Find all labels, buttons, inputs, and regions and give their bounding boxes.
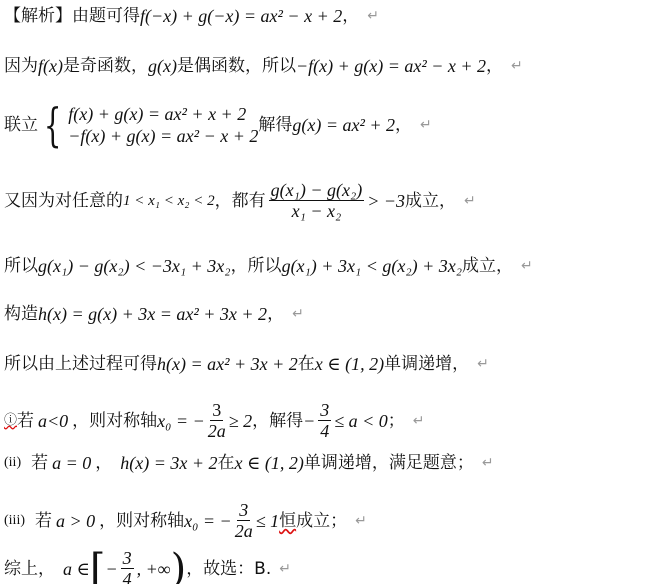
punctuation: ，: [486, 56, 503, 76]
solution-line-10: (iii) 若 a > 0 ，则对称轴 x₀ = − 3 2a ≤ 1 恒 成立…: [4, 500, 367, 541]
paragraph-mark-icon: ↵: [511, 56, 523, 76]
paragraph-mark-icon: ↵: [355, 511, 367, 531]
text: 构造: [4, 304, 38, 324]
inequality-rhs: ≤ 1: [256, 511, 279, 531]
numerator: 3: [210, 400, 223, 421]
text: 综上，: [4, 559, 55, 579]
text: 若: [35, 511, 52, 531]
text: 若: [17, 411, 34, 431]
text: 若: [31, 453, 48, 473]
equation: g(x) = ax² + 2: [292, 115, 395, 135]
numerator: 3: [237, 500, 250, 521]
interval: x ∈ (1, 2): [315, 354, 384, 374]
paragraph-mark-icon: ↵: [367, 6, 379, 26]
system-row-1: f(x) + g(x) = ax² + x + 2: [68, 103, 258, 125]
solution-line-2: 因为 f(x) 是奇函数， g(x) 是偶函数，所以 −f(x) + g(x) …: [4, 56, 523, 76]
paragraph-mark-icon: ↵: [477, 354, 489, 374]
equation: h(x) = 3x + 2: [120, 453, 217, 473]
paragraph-mark-icon: ↵: [521, 256, 533, 276]
condition: a = 0: [52, 453, 91, 473]
denominator: 2a: [235, 521, 253, 541]
text: 又因为对任意的: [4, 191, 123, 211]
equation: f(−x) + g(−x) = ax² − x + 2: [140, 6, 342, 26]
punctuation: ，: [267, 304, 284, 324]
text: 因为: [4, 56, 38, 76]
fraction: 3 4: [121, 548, 134, 584]
text: ，解得: [252, 411, 303, 431]
text: ，则对称轴: [72, 411, 157, 431]
paragraph-mark-icon: ↵: [420, 115, 432, 135]
axis-lhs: x₀ = −: [157, 411, 205, 431]
interval: x ∈ (1, 2): [235, 453, 304, 473]
inequality: g(x₁) + 3x₁ < g(x₂) + 3x₂: [282, 256, 462, 276]
equation: h(x) = ax² + 3x + 2: [157, 354, 298, 374]
punctuation: ，: [342, 6, 359, 26]
numerator: 3: [121, 548, 134, 569]
text: 单调递增，: [384, 354, 469, 374]
text: 成立；: [296, 511, 347, 531]
text: 解得: [258, 115, 292, 135]
solution-line-6: 构造 h(x) = g(x) + 3x = ax² + 3x + 2 ， ↵: [4, 304, 304, 324]
inequality-rhs: > −3: [367, 191, 405, 211]
punctuation: ，: [395, 115, 412, 135]
solution-line-3: 联立 { f(x) + g(x) = ax² + x + 2 −f(x) + g…: [4, 102, 432, 148]
paragraph-mark-icon: ↵: [413, 411, 425, 431]
inequality-rhs: ≤ a < 0: [334, 411, 388, 431]
numerator: g(x₁) − g(x₂): [269, 180, 365, 201]
math-expr: g(x): [148, 56, 177, 76]
left-brace-icon: {: [44, 102, 62, 148]
solution-line-4: 又因为对任意的 1 < x₁ < x₂ < 2 ，都有 g(x₁) − g(x₂…: [4, 180, 476, 221]
interval-upper: , +∞: [137, 559, 171, 579]
fraction: 3 2a: [208, 400, 226, 441]
case-marker-1: ⓘ: [4, 411, 17, 431]
paragraph-mark-icon: ↵: [292, 304, 304, 324]
text: ，所以: [231, 256, 282, 276]
solution-line-1: 【解析】由题可得 f(−x) + g(−x) = ax² − x + 2 ， ↵: [4, 6, 379, 26]
paragraph-mark-icon: ↵: [482, 453, 494, 473]
spellcheck-flagged-text: 恒: [279, 511, 296, 531]
text: ，都有: [215, 191, 266, 211]
text: 所以由上述过程可得: [4, 354, 157, 374]
system-row-2: −f(x) + g(x) = ax² − x + 2: [68, 125, 258, 147]
text: 在: [298, 354, 315, 374]
text: 成立，: [405, 191, 456, 211]
case-marker-2: (ii): [4, 453, 21, 473]
text: 所以: [4, 256, 38, 276]
condition: a > 0: [56, 511, 95, 531]
solution-line-11: 综上， a ∈ [ − 3 4 , +∞ ) ，故选：B. ↵: [4, 548, 291, 584]
text: 是奇函数，: [63, 56, 148, 76]
fraction: g(x₁) − g(x₂) x₁ − x₂: [269, 180, 365, 221]
case-marker-3: (iii): [4, 511, 25, 531]
inequality-rhs: ≥ 2: [229, 411, 252, 431]
minus-sign: −: [303, 411, 315, 431]
fraction: 3 4: [318, 400, 331, 441]
denominator: 4: [123, 569, 132, 584]
text: ，则对称轴: [99, 511, 184, 531]
math-expr: f(x): [38, 56, 63, 76]
text: 联立: [4, 115, 38, 135]
solution-line-5: 所以 g(x₁) − g(x₂) < −3x₁ + 3x₂ ，所以 g(x₁) …: [4, 256, 533, 276]
numerator: 3: [318, 400, 331, 421]
denominator: x₁ − x₂: [292, 201, 342, 221]
right-paren-icon: ): [171, 549, 187, 584]
analysis-heading: 【解析】由题可得: [4, 6, 140, 26]
equation: h(x) = g(x) + 3x = ax² + 3x + 2: [38, 304, 267, 324]
inequality: g(x₁) − g(x₂) < −3x₁ + 3x₂: [38, 256, 231, 276]
axis-lhs: x₀ = −: [184, 511, 232, 531]
punctuation: ，: [95, 453, 112, 473]
paragraph-mark-icon: ↵: [464, 191, 476, 211]
answer-text: ，故选：B.: [186, 559, 271, 579]
inequality: 1 < x₁ < x₂ < 2: [123, 191, 215, 211]
solution-line-7: 所以由上述过程可得 h(x) = ax² + 3x + 2 在 x ∈ (1, …: [4, 354, 489, 374]
minus-sign: −: [105, 559, 117, 579]
set-membership: a ∈: [63, 559, 90, 579]
fraction: 3 2a: [235, 500, 253, 541]
equation-system: { f(x) + g(x) = ax² + x + 2 −f(x) + g(x)…: [38, 102, 258, 148]
text: 单调递增，满足题意；: [304, 453, 474, 473]
punctuation: ；: [388, 411, 405, 431]
condition: a<0: [38, 411, 68, 431]
text: 成立，: [462, 256, 513, 276]
solution-line-9: (ii) 若 a = 0 ， h(x) = 3x + 2 在 x ∈ (1, 2…: [4, 453, 494, 473]
paragraph-mark-icon: ↵: [279, 559, 291, 579]
left-bracket-icon: [: [90, 549, 106, 584]
text: 在: [218, 453, 235, 473]
text: 是偶函数，所以: [177, 56, 296, 76]
denominator: 4: [320, 421, 329, 441]
denominator: 2a: [208, 421, 226, 441]
equation: −f(x) + g(x) = ax² − x + 2: [296, 56, 486, 76]
solution-line-8: ⓘ 若 a<0 ，则对称轴 x₀ = − 3 2a ≥ 2 ，解得 − 3 4 …: [4, 400, 425, 441]
